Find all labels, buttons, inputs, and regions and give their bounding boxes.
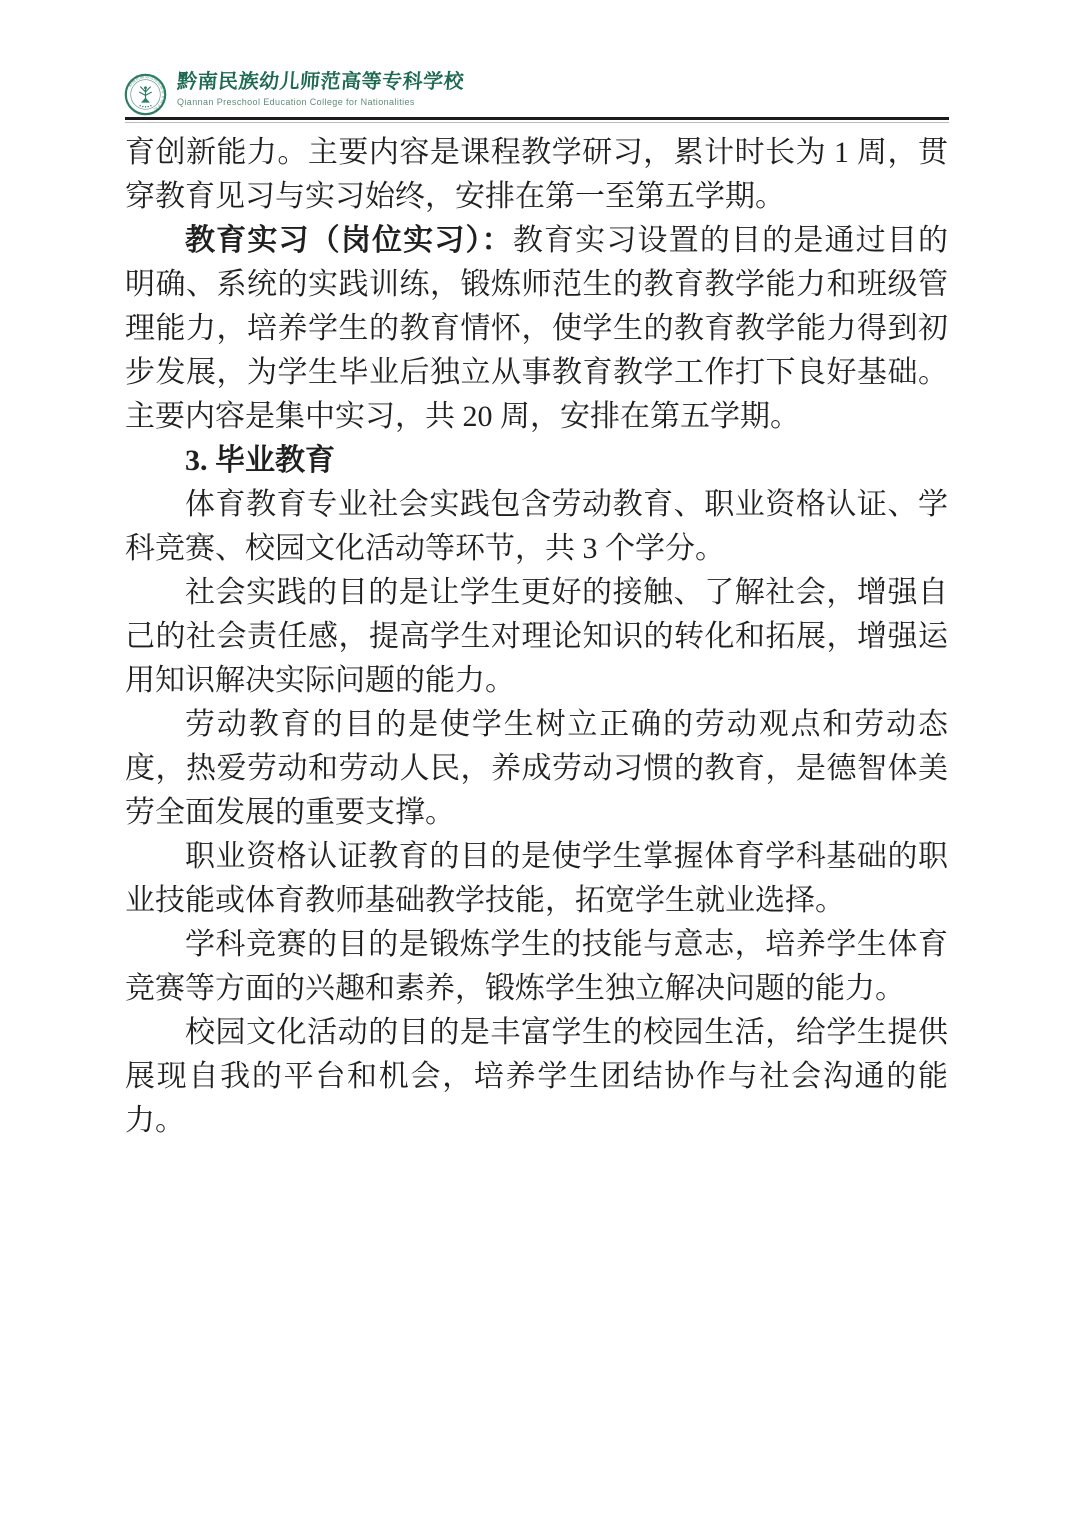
paragraph: 劳动教育的目的是使学生树立正确的劳动观点和劳动态度，热爱劳动和劳动人民，养成劳动… bbox=[125, 703, 948, 835]
paragraph-text: 社会实践的目的是让学生更好的接触、了解社会，增强自己的社会责任感，提高学生对理论… bbox=[125, 576, 948, 697]
paragraph-text: 3. 毕业教育 bbox=[185, 444, 335, 477]
paragraph-text: 劳动教育的目的是使学生树立正确的劳动观点和劳动态度，热爱劳动和劳动人民，养成劳动… bbox=[125, 708, 948, 829]
header-rule bbox=[125, 117, 949, 120]
paragraph-text: 育创新能力。主要内容是课程教学研习，累计时长为 1 周，贯穿教育见习与实习始终，… bbox=[125, 136, 948, 213]
paragraph: 学科竞赛的目的是锻炼学生的技能与意志，培养学生体育竞赛等方面的兴趣和素养，锻炼学… bbox=[125, 923, 948, 1011]
paragraph-text: 职业资格认证教育的目的是使学生掌握体育学科基础的职业技能或体育教师基础教学技能，… bbox=[125, 840, 948, 917]
school-name-chinese: 黔南民族幼儿师范高等专科学校 bbox=[176, 70, 598, 94]
paragraph: 教育实习（岗位实习）：教育实习设置的目的是通过目的明确、系统的实践训练，锻炼师范… bbox=[125, 219, 948, 439]
school-seal-icon: 黔南民族幼儿师范高等专科学校 bbox=[124, 73, 167, 116]
paragraph: 体育教育专业社会实践包含劳动教育、职业资格认证、学科竞赛、校园文化活动等环节，共… bbox=[125, 483, 948, 571]
paragraph-text: 体育教育专业社会实践包含劳动教育、职业资格认证、学科竞赛、校园文化活动等环节，共… bbox=[125, 488, 948, 565]
document-body: 育创新能力。主要内容是课程教学研习，累计时长为 1 周，贯穿教育见习与实习始终，… bbox=[125, 131, 948, 1143]
section-heading: 3. 毕业教育 bbox=[125, 439, 948, 483]
document-header: 黔南民族幼儿师范高等专科学校 黔南民族幼儿师范高等专科学校 bbox=[0, 0, 1074, 125]
school-title-block: 黔南民族幼儿师范高等专科学校 Qiannan Preschool Educati… bbox=[177, 70, 597, 107]
paragraph-lead: 教育实习（岗位实习）： bbox=[185, 224, 513, 257]
paragraph-text: 校园文化活动的目的是丰富学生的校园生活，给学生提供展现自我的平台和机会，培养学生… bbox=[125, 1016, 948, 1137]
paragraph: 职业资格认证教育的目的是使学生掌握体育学科基础的职业技能或体育教师基础教学技能，… bbox=[125, 835, 948, 923]
paragraph: 社会实践的目的是让学生更好的接触、了解社会，增强自己的社会责任感，提高学生对理论… bbox=[125, 571, 948, 703]
document-page: 黔南民族幼儿师范高等专科学校 黔南民族幼儿师范高等专科学校 bbox=[0, 0, 1074, 1520]
paragraph-text: 学科竞赛的目的是锻炼学生的技能与意志，培养学生体育竞赛等方面的兴趣和素养，锻炼学… bbox=[125, 928, 948, 1005]
paragraph: 校园文化活动的目的是丰富学生的校园生活，给学生提供展现自我的平台和机会，培养学生… bbox=[125, 1011, 948, 1143]
header-rule-shadow bbox=[125, 122, 949, 123]
paragraph: 育创新能力。主要内容是课程教学研习，累计时长为 1 周，贯穿教育见习与实习始终，… bbox=[125, 131, 948, 219]
school-name-english: Qiannan Preschool Education College for … bbox=[177, 97, 597, 107]
